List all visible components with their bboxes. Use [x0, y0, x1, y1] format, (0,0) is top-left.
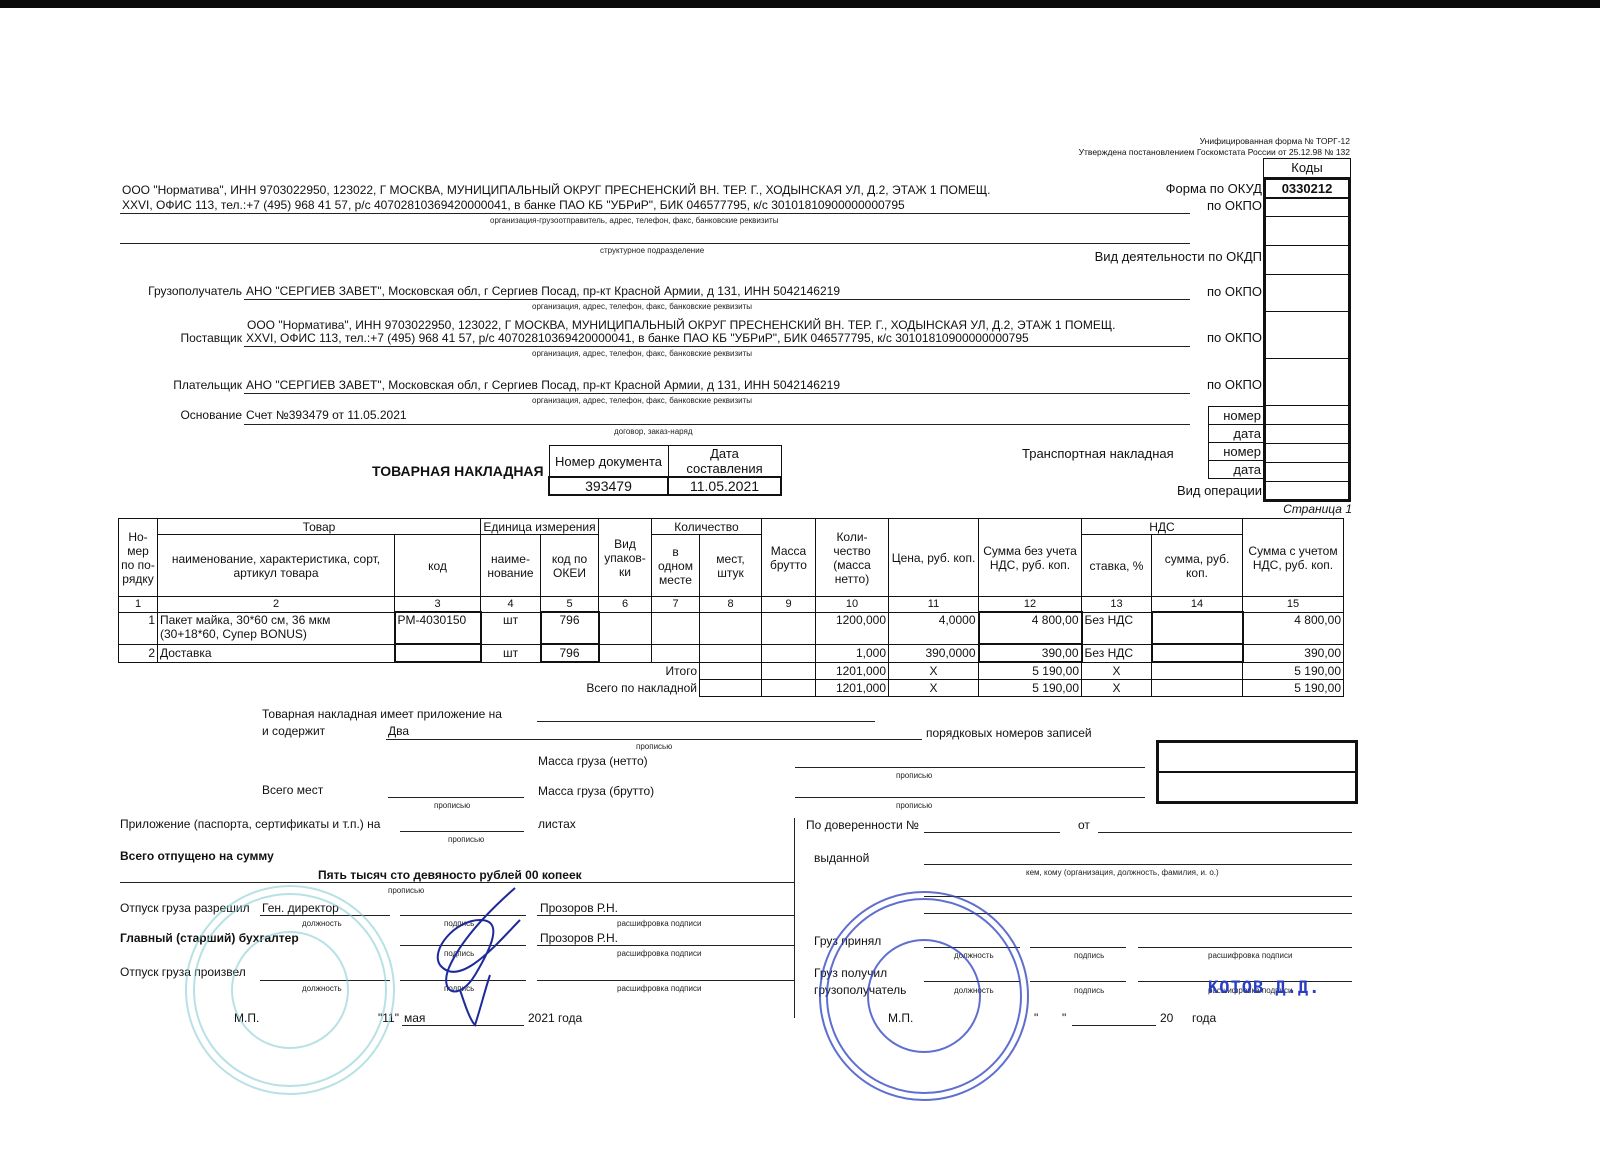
- item-total: 4 800,00: [1243, 612, 1344, 644]
- col-number: 14: [1152, 597, 1243, 613]
- grand-total-row: Всего по накладной 1201,000 X 5 190,00 X…: [119, 680, 1344, 697]
- table-row: 2 Доставка шт 796 1,000 390,0000 390,00 …: [119, 644, 1344, 662]
- col-total-header: Сумма с учетом НДС, руб. коп.: [1243, 519, 1344, 597]
- item-okei: 796: [541, 644, 599, 662]
- receiver-name-stamp: КОТОВ Д.Д.: [1208, 978, 1320, 998]
- item-vat-rate: Без НДС: [1082, 612, 1152, 644]
- item-places: [700, 644, 762, 662]
- col-vat-rate-header: ставка, %: [1082, 535, 1152, 597]
- shipper-line-2: XXVI, ОФИС 113, тел.:+7 (495) 968 41 57,…: [122, 198, 905, 212]
- item-qty-one: [652, 612, 700, 644]
- mass-net-label: Масса груза (нетто): [538, 754, 648, 768]
- col-unit-header: Единица измерения: [481, 519, 599, 535]
- col-number: 11: [889, 597, 979, 613]
- mass-gross-label: Масса груза (брутто): [538, 784, 654, 798]
- okpo-payer-code: [1266, 359, 1348, 406]
- proxy-from-label: от: [1078, 818, 1090, 832]
- shipper-line-1: ООО "Норматива", ИНН 9703022950, 123022,…: [122, 183, 990, 197]
- table-row: 1 Пакет майка, 30*60 см, 36 мкм (30+18*6…: [119, 612, 1344, 644]
- col-sum-header: Сумма без учета НДС, руб. коп.: [979, 519, 1082, 597]
- basis-number-label: номер: [1209, 407, 1264, 425]
- accountant-name: Прозоров Р.Н.: [540, 931, 618, 945]
- subtotal-net: 1201,000: [816, 662, 889, 680]
- item-gross: [762, 612, 816, 644]
- okpo-supplier-code: [1266, 312, 1348, 359]
- item-qty-one: [652, 644, 700, 662]
- item-okei: 796: [541, 612, 599, 644]
- codes-header: Коды: [1263, 158, 1351, 177]
- issued-caption: кем, кому (организация, должность, фамил…: [1026, 868, 1219, 877]
- col-goods-header: Товар: [158, 519, 481, 535]
- col-number: 13: [1082, 597, 1152, 613]
- subtotal-total: 5 190,00: [1243, 662, 1344, 680]
- doc-number-label: Номер документа: [549, 446, 668, 478]
- cap-decode: расшифровка подписи: [617, 949, 701, 958]
- grand-total-gross: [762, 680, 816, 697]
- document-number-table: Номер документаДата составления 39347911…: [548, 445, 782, 496]
- okpo-shipper-code: [1266, 199, 1348, 217]
- subdivision-code: [1266, 217, 1348, 246]
- item-net: 1,000: [816, 644, 889, 662]
- page-number: Страница 1: [1200, 502, 1352, 516]
- col-number: 15: [1243, 597, 1344, 613]
- subdivision-caption: структурное подразделение: [600, 246, 704, 255]
- col-unit-okei-header: код по ОКЕИ: [541, 535, 599, 597]
- document-title: ТОВАРНАЯ НАКЛАДНАЯ: [372, 463, 544, 479]
- issued-label: выданной: [814, 851, 869, 865]
- allowed-name: Прозоров Р.Н.: [540, 901, 618, 915]
- subtotal-label: Итого: [119, 662, 700, 680]
- cap-signature: подпись: [1074, 951, 1104, 960]
- col-number: 2: [158, 597, 395, 613]
- mass-gross-caption: прописью: [896, 801, 932, 810]
- contains-label: и содержит: [262, 724, 325, 738]
- codes-column: Коды 0330212: [1263, 158, 1351, 502]
- item-total: 390,00: [1243, 644, 1344, 662]
- cap-decode: расшифровка подписи: [617, 919, 701, 928]
- col-goods-code-header: код: [395, 535, 481, 597]
- appendix-caption: прописью: [448, 835, 484, 844]
- subtotal-price: X: [889, 662, 979, 680]
- supplier-caption: организация, адрес, телефон, факс, банко…: [532, 349, 752, 358]
- signature-icon: [420, 880, 540, 1030]
- col-num-header: Но-мер по по-рядку: [119, 519, 158, 597]
- col-number: 1: [119, 597, 158, 613]
- subtotal-row: Итого 1201,000 X 5 190,00 X 5 190,00: [119, 662, 1344, 680]
- okdp-label: Вид деятельности по ОКДП: [1000, 249, 1262, 264]
- form-name: Унифицированная форма № ТОРГ-12: [980, 136, 1350, 146]
- places-caption: прописью: [434, 801, 470, 810]
- item-price: 390,0000: [889, 644, 979, 662]
- grand-total-places: [700, 680, 762, 697]
- col-net-header: Коли-чество (масса нетто): [816, 519, 889, 597]
- basis-caption: договор, заказ-наряд: [614, 427, 693, 436]
- consignee-label: Грузополучатель: [100, 284, 242, 298]
- col-number: 8: [700, 597, 762, 613]
- grand-total-sum: 5 190,00: [979, 680, 1082, 697]
- sheets-label: листах: [538, 817, 576, 831]
- grand-total-net: 1201,000: [816, 680, 889, 697]
- transport-date-code: [1266, 463, 1348, 482]
- basis-number-code: [1266, 406, 1348, 425]
- col-number: 9: [762, 597, 816, 613]
- consignee-caption: организация, адрес, телефон, факс, банко…: [532, 302, 752, 311]
- released-sum-label: Всего отпущено на сумму: [120, 849, 274, 863]
- contains-value: Два: [388, 724, 409, 738]
- col-number: 3: [395, 597, 481, 613]
- basis-transport-labels: номер дата номер дата: [1208, 406, 1264, 479]
- basis-value: Счет №393479 от 11.05.2021: [246, 408, 407, 422]
- row-number: 1: [119, 612, 158, 644]
- col-qty-one-header: в одном месте: [652, 535, 700, 597]
- col-pack-header: Вид упаков-ки: [599, 519, 652, 597]
- item-gross: [762, 644, 816, 662]
- grand-total-vat-sum: [1152, 680, 1243, 697]
- column-numbers-row: 1 2 3 4 5 6 7 8 9 10 11 12 13 14 15: [119, 597, 1344, 613]
- subtotal-gross: [762, 662, 816, 680]
- item-pack: [599, 644, 652, 662]
- item-unit: шт: [481, 644, 541, 662]
- grand-total-price: X: [889, 680, 979, 697]
- col-number: 5: [541, 597, 599, 613]
- col-goods-name-header: наименование, характеристика, сорт, арти…: [158, 535, 395, 597]
- okud-code: 0330212: [1266, 180, 1348, 199]
- payer-caption: организация, адрес, телефон, факс, банко…: [532, 396, 752, 405]
- item-unit: шт: [481, 612, 541, 644]
- cap-signature: подпись: [1074, 986, 1104, 995]
- subtotal-vat-rate: X: [1082, 662, 1152, 680]
- transport-number-code: [1266, 444, 1348, 463]
- supplier-label: Поставщик: [100, 331, 242, 345]
- grand-total-label: Всего по накладной: [119, 680, 700, 697]
- supplier-line-1: ООО "Норматива", ИНН 9703022950, 123022,…: [247, 318, 1115, 332]
- goods-table: Но-мер по по-рядку Товар Единица измерен…: [118, 518, 1344, 697]
- operation-type-label: Вид операции: [1100, 483, 1262, 498]
- col-qty-places-header: мест, штук: [700, 535, 762, 597]
- mass-net-caption: прописью: [896, 771, 932, 780]
- item-vat-sum: [1152, 644, 1243, 662]
- contains-caption: прописью: [636, 742, 672, 751]
- okpo-label-4: по ОКПО: [1080, 377, 1262, 392]
- col-vat-header: НДС: [1082, 519, 1243, 535]
- recv-date-quote-close: ": [1062, 1011, 1066, 1025]
- form-approval: Утверждена постановлением Госкомстата Ро…: [980, 147, 1350, 157]
- proxy-label: По доверенности №: [806, 818, 919, 832]
- grand-total-total: 5 190,00: [1243, 680, 1344, 697]
- supplier-line-2: XXVI, ОФИС 113, тел.:+7 (495) 968 41 57,…: [246, 331, 1029, 345]
- col-price-header: Цена, руб. коп.: [889, 519, 979, 597]
- col-vat-sum-header: сумма, руб. коп.: [1152, 535, 1243, 597]
- section-divider: [794, 818, 795, 1018]
- cap-decode: расшифровка подписи: [1208, 951, 1292, 960]
- operation-code: [1266, 482, 1348, 499]
- records-label: порядковых номеров записей: [926, 726, 1092, 740]
- item-vat-rate: Без НДС: [1082, 644, 1152, 662]
- okpo-consignee-code: [1266, 275, 1348, 312]
- basis-date-code: [1266, 425, 1348, 444]
- appendix-label: Приложение (паспорта, сертификаты и т.п.…: [120, 817, 380, 831]
- item-name: Доставка: [158, 644, 395, 662]
- item-name: Пакет майка, 30*60 см, 36 мкм (30+18*60,…: [158, 612, 395, 644]
- item-pack: [599, 612, 652, 644]
- left-stamp-icon: [180, 880, 400, 1100]
- col-qty-header: Количество: [652, 519, 762, 535]
- transport-invoice-label: Транспортная накладная: [1022, 446, 1174, 461]
- item-sum: 4 800,00: [979, 612, 1082, 644]
- okpo-label-3: по ОКПО: [1080, 330, 1262, 345]
- col-number: 6: [599, 597, 652, 613]
- col-unit-name-header: наиме-нование: [481, 535, 541, 597]
- right-stamp-icon: [816, 888, 1036, 1108]
- okpo-label-2: по ОКПО: [1080, 284, 1262, 299]
- item-code: [395, 644, 481, 662]
- col-number: 12: [979, 597, 1082, 613]
- item-sum: 390,00: [979, 644, 1082, 662]
- payer-label: Плательщик: [100, 378, 242, 392]
- okpo-label-1: по ОКПО: [1080, 198, 1262, 213]
- col-number: 4: [481, 597, 541, 613]
- okdp-code: [1266, 246, 1348, 275]
- scan-edge: [0, 0, 1600, 8]
- basis-label: Основание: [100, 408, 242, 422]
- col-number: 10: [816, 597, 889, 613]
- item-code: PM-4030150: [395, 612, 481, 644]
- col-number: 7: [652, 597, 700, 613]
- doc-date-label: Дата составления: [668, 446, 781, 478]
- recv-year-suffix: года: [1192, 1011, 1216, 1025]
- places-total-label: Всего мест: [262, 783, 323, 797]
- consignee-value: АНО "СЕРГИЕВ ЗАВЕТ", Московская обл, г С…: [246, 284, 840, 298]
- subtotal-vat-sum: [1152, 662, 1243, 680]
- item-places: [700, 612, 762, 644]
- doc-date: 11.05.2021: [668, 477, 781, 495]
- transport-number-label: номер: [1209, 443, 1264, 461]
- col-gross-header: Масса брутто: [762, 519, 816, 597]
- doc-number: 393479: [549, 477, 668, 495]
- attachment-label: Товарная накладная имеет приложение на: [262, 707, 502, 721]
- item-vat-sum: [1152, 612, 1243, 644]
- subtotal-places: [700, 662, 762, 680]
- transport-date-label: дата: [1209, 461, 1264, 479]
- okud-label: Форма по ОКУД: [1080, 181, 1262, 196]
- payer-value: АНО "СЕРГИЕВ ЗАВЕТ", Московская обл, г С…: [246, 378, 840, 392]
- shipper-caption: организация-грузоотправитель, адрес, тел…: [490, 216, 778, 225]
- mass-boxes: [1156, 740, 1358, 804]
- item-net: 1200,000: [816, 612, 889, 644]
- recv-year: 20: [1160, 1011, 1173, 1025]
- subtotal-sum: 5 190,00: [979, 662, 1082, 680]
- cap-decode: расшифровка подписи: [617, 984, 701, 993]
- grand-total-vat-rate: X: [1082, 680, 1152, 697]
- row-number: 2: [119, 644, 158, 662]
- item-price: 4,0000: [889, 612, 979, 644]
- basis-date-label: дата: [1209, 425, 1264, 443]
